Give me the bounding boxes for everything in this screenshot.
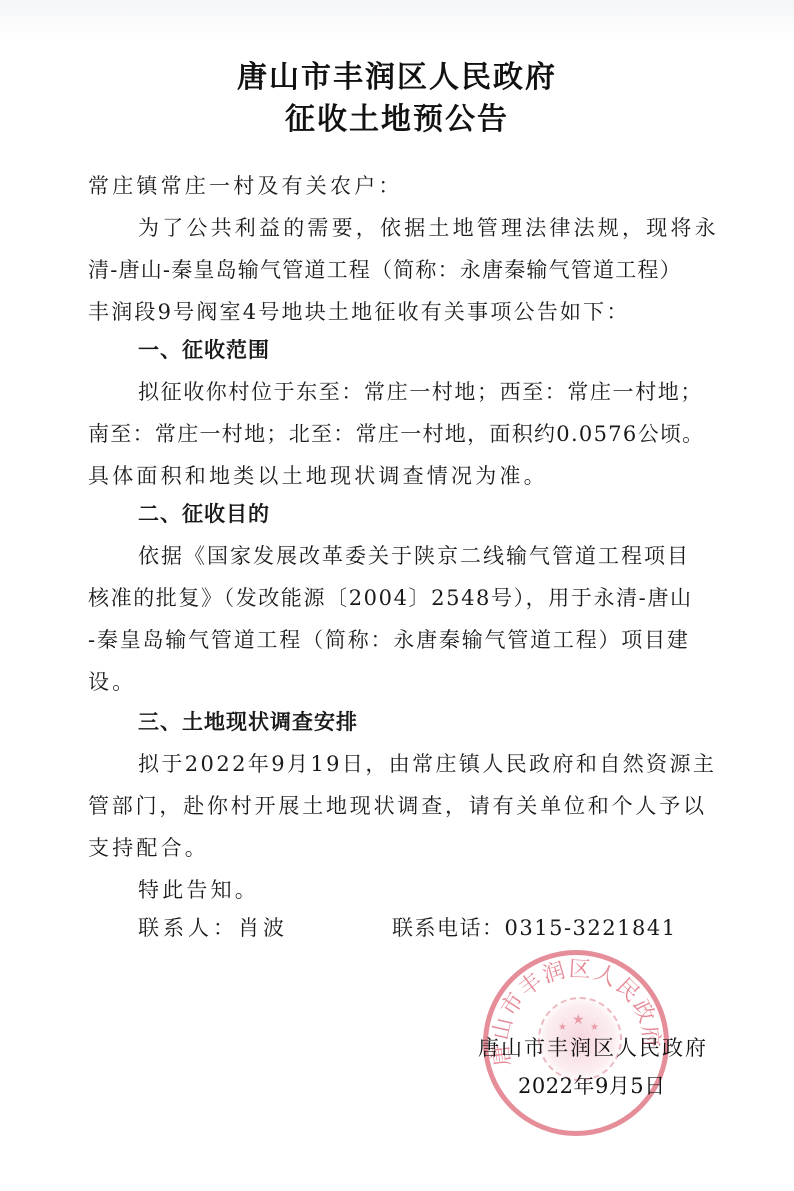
signature-organization: 唐山市丰润区人民政府 — [478, 1034, 708, 1062]
section-1-line-2: 南至：常庄一村地；北至：常庄一村地，面积约0.0576公顷。 — [88, 420, 704, 448]
document-title-line1: 唐山市丰润区人民政府 — [0, 52, 794, 96]
intro-line-3: 丰润段9号阀室4号地块土地征收有关事项公告如下： — [88, 298, 630, 326]
section-1-line-1: 拟征收你村位于东至：常庄一村地；西至：常庄一村地； — [138, 378, 703, 406]
intro-line-1: 为了公共利益的需要，依据土地管理法律法规，现将永 — [138, 214, 719, 242]
section-2-line-3: -秦皇岛输气管道工程（简称：永唐秦输气管道工程）项目建 — [88, 626, 690, 654]
section-2-heading: 二、征收目的 — [138, 500, 270, 528]
seal-star-icon: ★ — [572, 1013, 585, 1027]
section-2-line-1: 依据《国家发展改革委关于陕京二线输气管道工程项目 — [138, 542, 690, 570]
signature-date: 2022年9月5日 — [518, 1072, 666, 1100]
section-2-line-2: 核准的批复》（发改能源〔2004〕2548号），用于永清-唐山 — [88, 584, 693, 612]
contact-phone: 联系电话：0315-3221841 — [392, 914, 677, 942]
closing-text: 特此告知。 — [138, 876, 259, 904]
contact-person: 联系人：肖波 — [138, 914, 288, 942]
seal-star-icon: ★ — [590, 1021, 599, 1035]
section-3-line-3: 支持配合。 — [88, 834, 209, 862]
intro-line-2: 清-唐山-秦皇岛输气管道工程（简称：永唐秦输气管道工程） — [88, 256, 682, 284]
seal-star-icon: ★ — [558, 1021, 567, 1035]
section-3-line-1: 拟于2022年9月19日，由常庄镇人民政府和自然资源主 — [138, 750, 716, 778]
section-2-line-4: 设。 — [88, 668, 136, 696]
addressee: 常庄镇常庄一村及有关农户： — [88, 172, 403, 200]
section-1-heading: 一、征收范围 — [138, 336, 270, 364]
section-3-line-2: 管部门，赴你村开展土地现状调查，请有关单位和个人予以 — [88, 792, 707, 820]
section-1-line-3: 具体面积和地类以土地现状调查情况为准。 — [88, 462, 548, 490]
document-page: 唐山市丰润区人民政府 征收土地预公告 常庄镇常庄一村及有关农户： 为了公共利益的… — [0, 0, 794, 1191]
document-title-line2: 征收土地预公告 — [0, 94, 794, 138]
section-3-heading: 三、土地现状调查安排 — [138, 708, 358, 736]
